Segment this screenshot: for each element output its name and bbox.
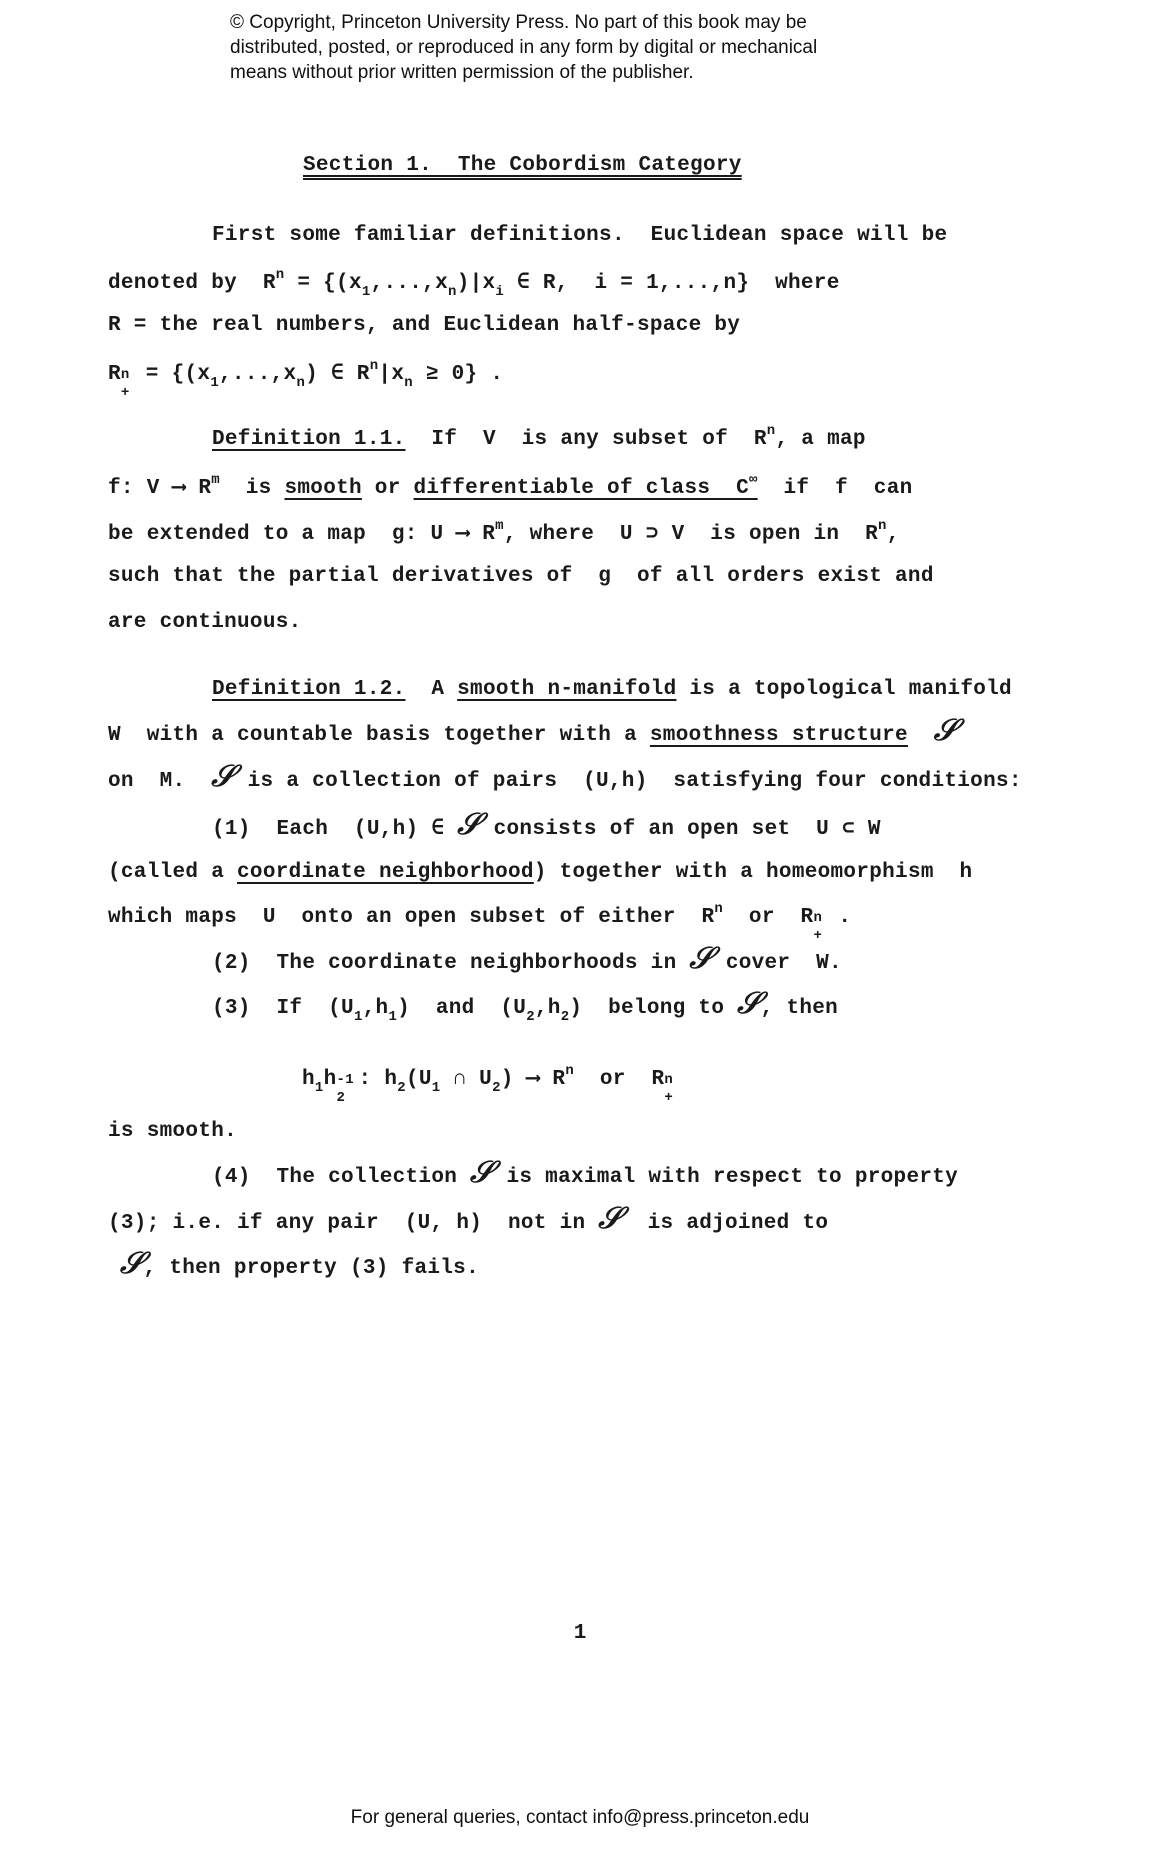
copyright-notice: © Copyright, Princeton University Press.… [230,10,950,85]
script-s-symbol: 𝒮 [457,807,481,842]
script-s-symbol: 𝒮 [211,759,235,794]
transition-map-formula: h1h-12: h2(U1 ∩ U2) ⟶ Rn or Rn+ [302,1065,676,1091]
document-page: © Copyright, Princeton University Press.… [0,0,1160,1850]
def12-line-3: on M. 𝒮 is a collection of pairs (U,h) s… [108,770,1022,793]
script-s-symbol: 𝒮 [689,941,713,976]
condition-1-line-2: (called a coordinate neighborhood) toget… [108,861,972,884]
def11-line-5: are continuous. [108,611,302,634]
def11-line-2: f: V ⟶ Rm is smooth or differentiable of… [108,474,913,500]
definition-label: Definition 1.1. [212,428,406,451]
def11-line-1: Definition 1.1. If V is any subset of Rn… [212,428,866,451]
script-s-symbol: 𝒮 [737,986,761,1021]
condition-3-line-1: (3) If (U1,h1) and (U2,h2) belong to 𝒮, … [212,997,838,1020]
page-number: 1 [0,1622,1160,1645]
condition-4-line-3: 𝒮, then property (3) fails. [120,1257,479,1280]
intro-line-3: R = the real numbers, and Euclidean half… [108,314,740,337]
condition-4-line-2: (3); i.e. if any pair (U, h) not in 𝒮 is… [108,1212,828,1235]
section-title: Section 1. The Cobordism Category [303,154,742,177]
copyright-line: distributed, posted, or reproduced in an… [230,35,950,60]
intro-line-4: Rn+ = {(x1,...,xn) ∈ Rn|xn ≥ 0} . [108,360,503,386]
condition-2: (2) The coordinate neighborhoods in 𝒮 co… [212,952,842,975]
footer-contact: For general queries, contact info@press.… [0,1807,1160,1829]
script-s-symbol: 𝒮 [934,713,958,748]
copyright-line: means without prior written permission o… [230,60,950,85]
condition-4-line-1: (4) The collection 𝒮 is maximal with res… [212,1166,958,1189]
def12-line-1: Definition 1.2. A smooth n-manifold is a… [212,678,1012,701]
intro-line-1: First some familiar definitions. Euclide… [212,224,947,247]
def11-line-4: such that the partial derivatives of g o… [108,565,934,588]
script-s-symbol: 𝒮 [598,1201,622,1236]
script-s-symbol: 𝒮 [120,1246,144,1281]
copyright-line: © Copyright, Princeton University Press.… [230,10,950,35]
condition-1-line-3: which maps U onto an open subset of eith… [108,906,851,929]
def11-line-3: be extended to a map g: U ⟶ Rm, where U … [108,520,900,546]
def12-line-2: W with a countable basis together with a… [108,724,957,747]
intro-line-2: denoted by Rn = {(x1,...,xn)|xi ∈ R, i =… [108,269,840,295]
condition-1-line-1: (1) Each (U,h) ∈ 𝒮 consists of an open s… [212,815,881,841]
condition-3-end: is smooth. [108,1120,237,1143]
definition-label: Definition 1.2. [212,678,406,701]
script-s-symbol: 𝒮 [470,1155,494,1190]
